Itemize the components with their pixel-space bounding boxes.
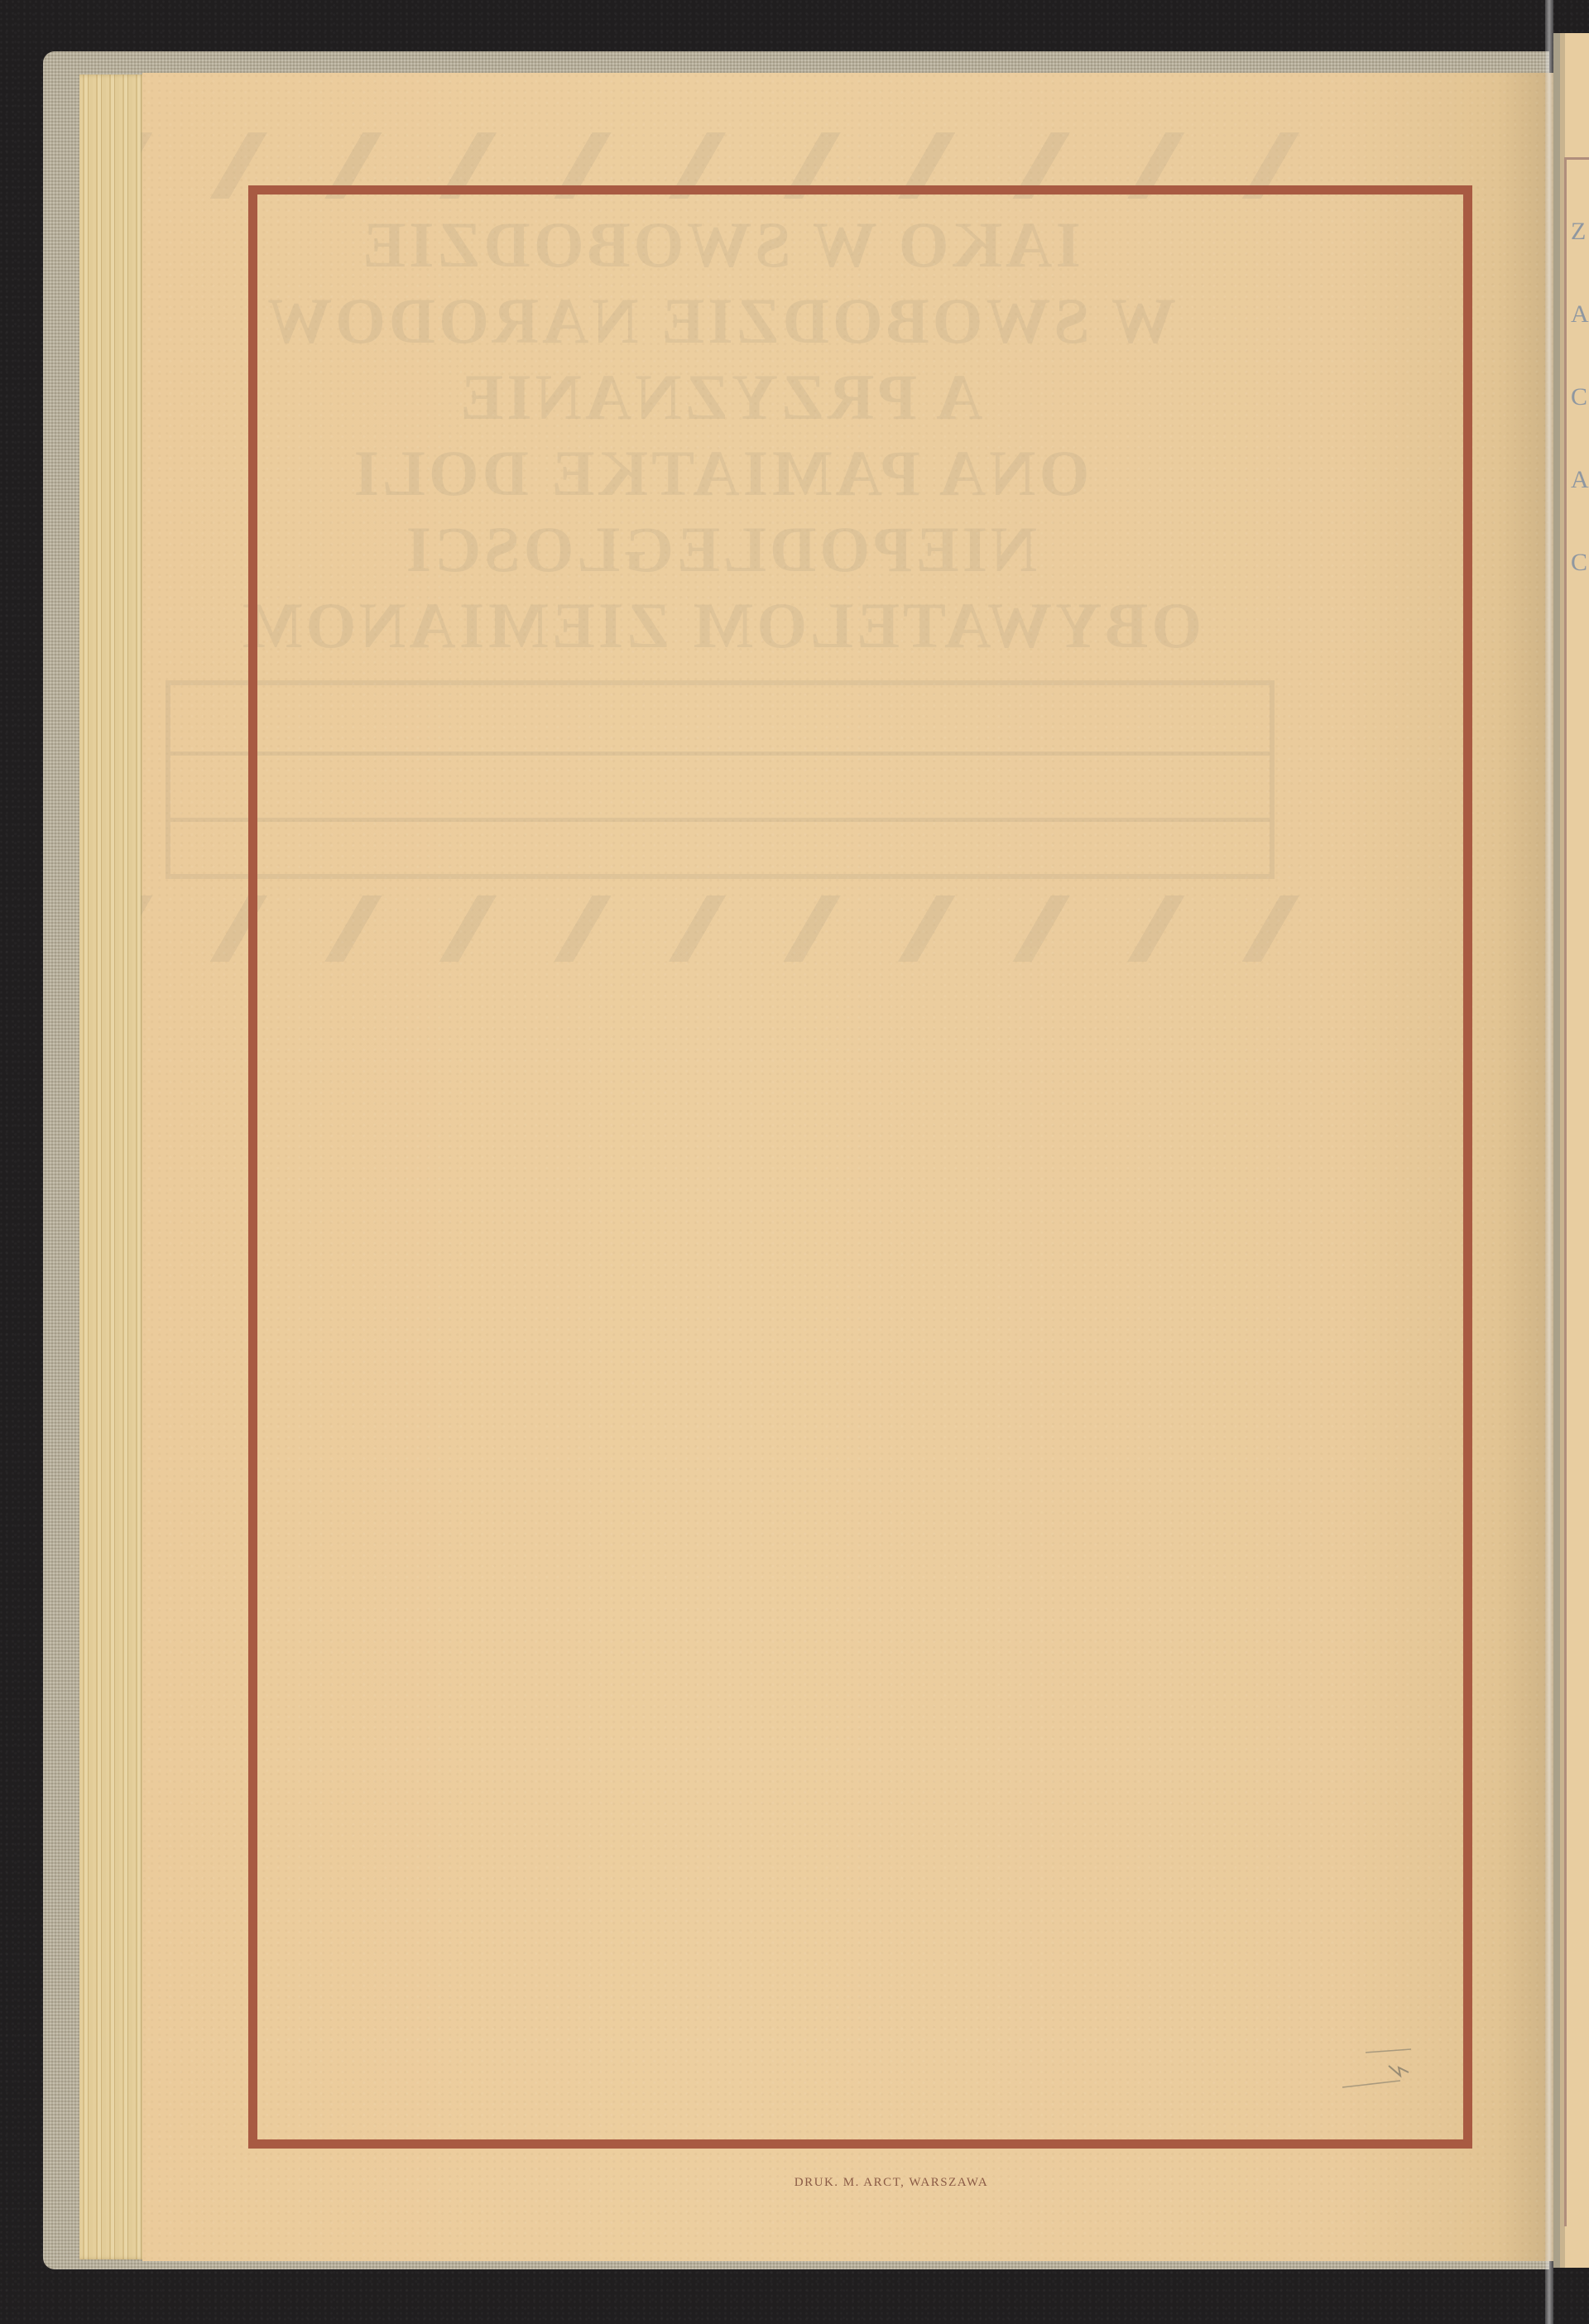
facing-glyph: C bbox=[1571, 521, 1589, 604]
imprint-text: DRUK. M. ARCT, WARSZAWA bbox=[794, 2176, 988, 2189]
facing-glyph: Z bbox=[1571, 190, 1589, 273]
printed-frame-border bbox=[248, 185, 1472, 2149]
facing-page-title-glyphs: Z A C A C bbox=[1571, 190, 1589, 935]
plastic-sheet-edge bbox=[1545, 0, 1553, 2324]
page-edges bbox=[79, 74, 146, 2259]
facing-glyph: C bbox=[1571, 356, 1589, 439]
facing-glyph: A bbox=[1571, 273, 1589, 356]
facing-glyph: A bbox=[1571, 439, 1589, 521]
printer-imprint: DRUK. M. ARCT, WARSZAWA bbox=[0, 2176, 1589, 2190]
